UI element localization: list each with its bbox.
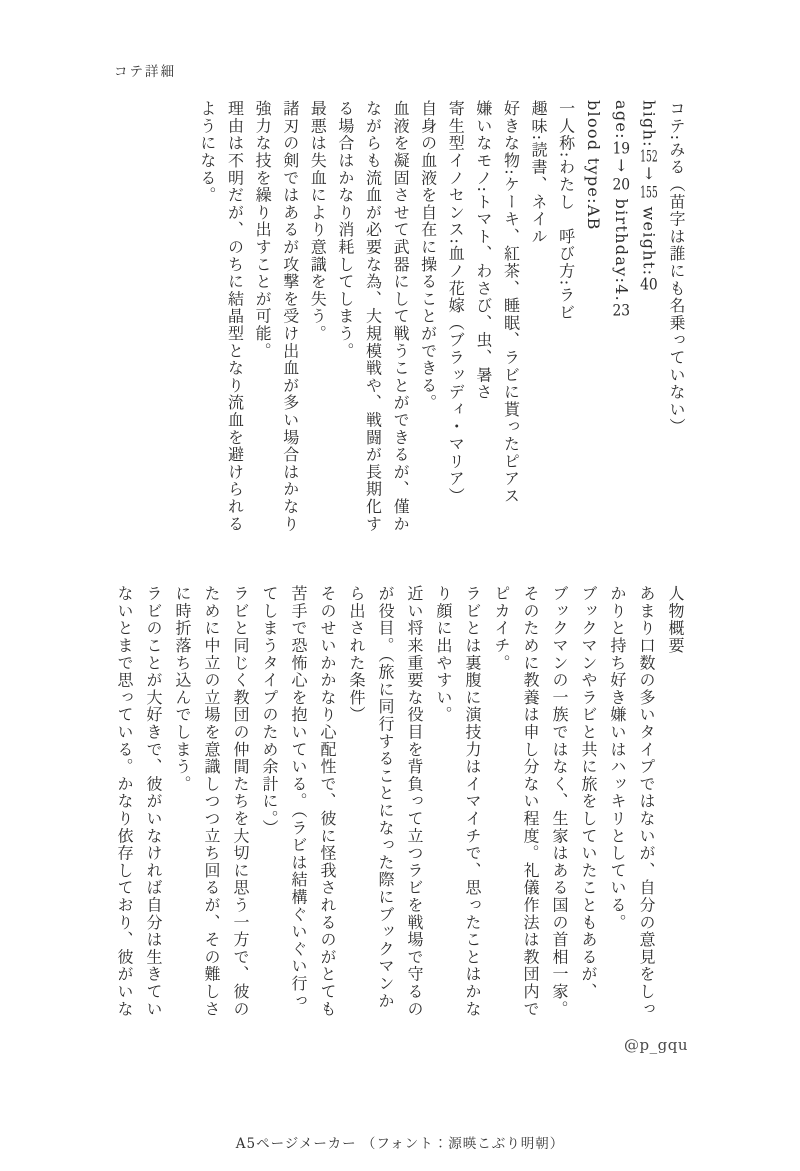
text-line: 人物概要 — [661, 585, 690, 1040]
text-line: 寄生型イノセンス:血ノ花嫁（ブラッディ・マリア） — [442, 100, 470, 555]
text-segment: 23 — [612, 302, 631, 318]
text-segment: 20 — [612, 176, 631, 192]
text-line: 自身の血液を自在に操ることができる。 — [414, 100, 442, 555]
text-line: ら出された条件） — [342, 585, 371, 1040]
text-line: 一人称:わたし 呼び方:ラビ — [552, 100, 580, 555]
text-line: 苦手で恐怖心を抱いている。（ラビは結構ぐいぐい行っ — [284, 585, 313, 1040]
text-segment: 155 — [639, 184, 658, 200]
text-segment: weight: — [639, 200, 658, 276]
text-line: blood type:AB — [580, 100, 608, 555]
text-line: 趣味:読書、ネイル — [524, 100, 552, 555]
text-line: コテ:みる（苗字は誰にも名乗っていない） — [662, 100, 690, 555]
text-line: 好きな物:ケーキ、紅茶、睡眠、ラビに貰ったピアス — [497, 100, 525, 555]
text-line: り顔に出やすい。 — [429, 585, 458, 1040]
text-line: ないとまで思っている。かなり依存しており、彼がいな — [110, 585, 139, 1040]
document-page: コテ詳細 コテ:みる（苗字は誰にも名乗っていない）high:152↓155 we… — [0, 0, 800, 1171]
text-line: あまり口数の多いタイプではないが、自分の意見をしっ — [632, 585, 661, 1040]
text-line: ラビと同じく教団の仲間たちを大切に思う一方で、彼の — [226, 585, 255, 1040]
text-line: 近い将来重要な役目を背負って立つラビを戦場で守るの — [400, 585, 429, 1040]
text-line: 理由は不明だが、のちに結晶型となり流血を避けられる — [221, 100, 249, 555]
text-segment: age: — [612, 100, 631, 140]
text-line: そのせいかかなり心配性で、彼に怪我されるのがとても — [313, 585, 342, 1040]
text-line: 強力な技を繰り出すことが可能。 — [249, 100, 277, 555]
text-line: ながらも流血が必要な為、大規模戦や、戦闘が長期化す — [359, 100, 387, 555]
text-line: ピカイチ。 — [487, 585, 516, 1040]
text-segment: birthday:4. — [612, 192, 631, 302]
text-line: 最悪は失血により意識を失う。 — [304, 100, 332, 555]
text-line: ために中立の立場を意識しつつ立ち回るが、その難しさ — [197, 585, 226, 1040]
text-line: 血液を凝固させて武器にして戦うことができるが、僅か — [386, 100, 414, 555]
text-line: 諸刃の剣ではあるが攻撃を受け出血が多い場合はかなり — [276, 100, 304, 555]
character-overview-section: 人物概要あまり口数の多いタイプではないが、自分の意見をしっかりと持ち好き嫌いはハ… — [110, 585, 690, 1040]
text-segment: ↓ — [612, 156, 631, 176]
page-title: コテ詳細 — [114, 60, 176, 80]
character-profile-section: コテ:みる（苗字は誰にも名乗っていない）high:152↓155 weight:… — [193, 100, 690, 555]
text-line: high:152↓155 weight:40 — [635, 100, 663, 555]
author-handle: @p_gqu — [624, 1036, 688, 1054]
text-line: かりと持ち好き嫌いはハッキリとしている。 — [603, 585, 632, 1040]
text-line: ブックマンの一族ではなく、生家はある国の首相一家。 — [545, 585, 574, 1040]
text-line: 嫌いなモノ:トマト、わさび、虫、暑さ — [469, 100, 497, 555]
text-line: ようになる。 — [193, 100, 221, 555]
text-segment: 40 — [639, 276, 658, 292]
text-segment: high: — [639, 100, 658, 148]
text-segment: ↓ — [639, 164, 658, 184]
generator-credit: A5ページメーカー （フォント：源暎こぶり明朝） — [0, 1132, 800, 1152]
text-line: ブックマンやラビと共に旅をしていたこともあるが、 — [574, 585, 603, 1040]
text-line: てしまうタイプのため余計に。） — [255, 585, 284, 1040]
text-line: ラビのことが大好きで、彼がいなければ自分は生きてい — [139, 585, 168, 1040]
text-line: ラビとは裏腹に演技力はイマイチで、思ったことはかな — [458, 585, 487, 1040]
text-line: そのために教養は申し分ない程度。礼儀作法は教団内で — [516, 585, 545, 1040]
text-line: が役目。（旅に同行することになった際にブックマンか — [371, 585, 400, 1040]
text-segment: 152 — [639, 148, 658, 164]
text-line: age:19↓20 birthday:4.23 — [607, 100, 635, 555]
text-line: る場合はかなり消耗してしまう。 — [331, 100, 359, 555]
text-segment: 19 — [612, 140, 631, 156]
text-line: に時折落ち込んでしまう。 — [168, 585, 197, 1040]
